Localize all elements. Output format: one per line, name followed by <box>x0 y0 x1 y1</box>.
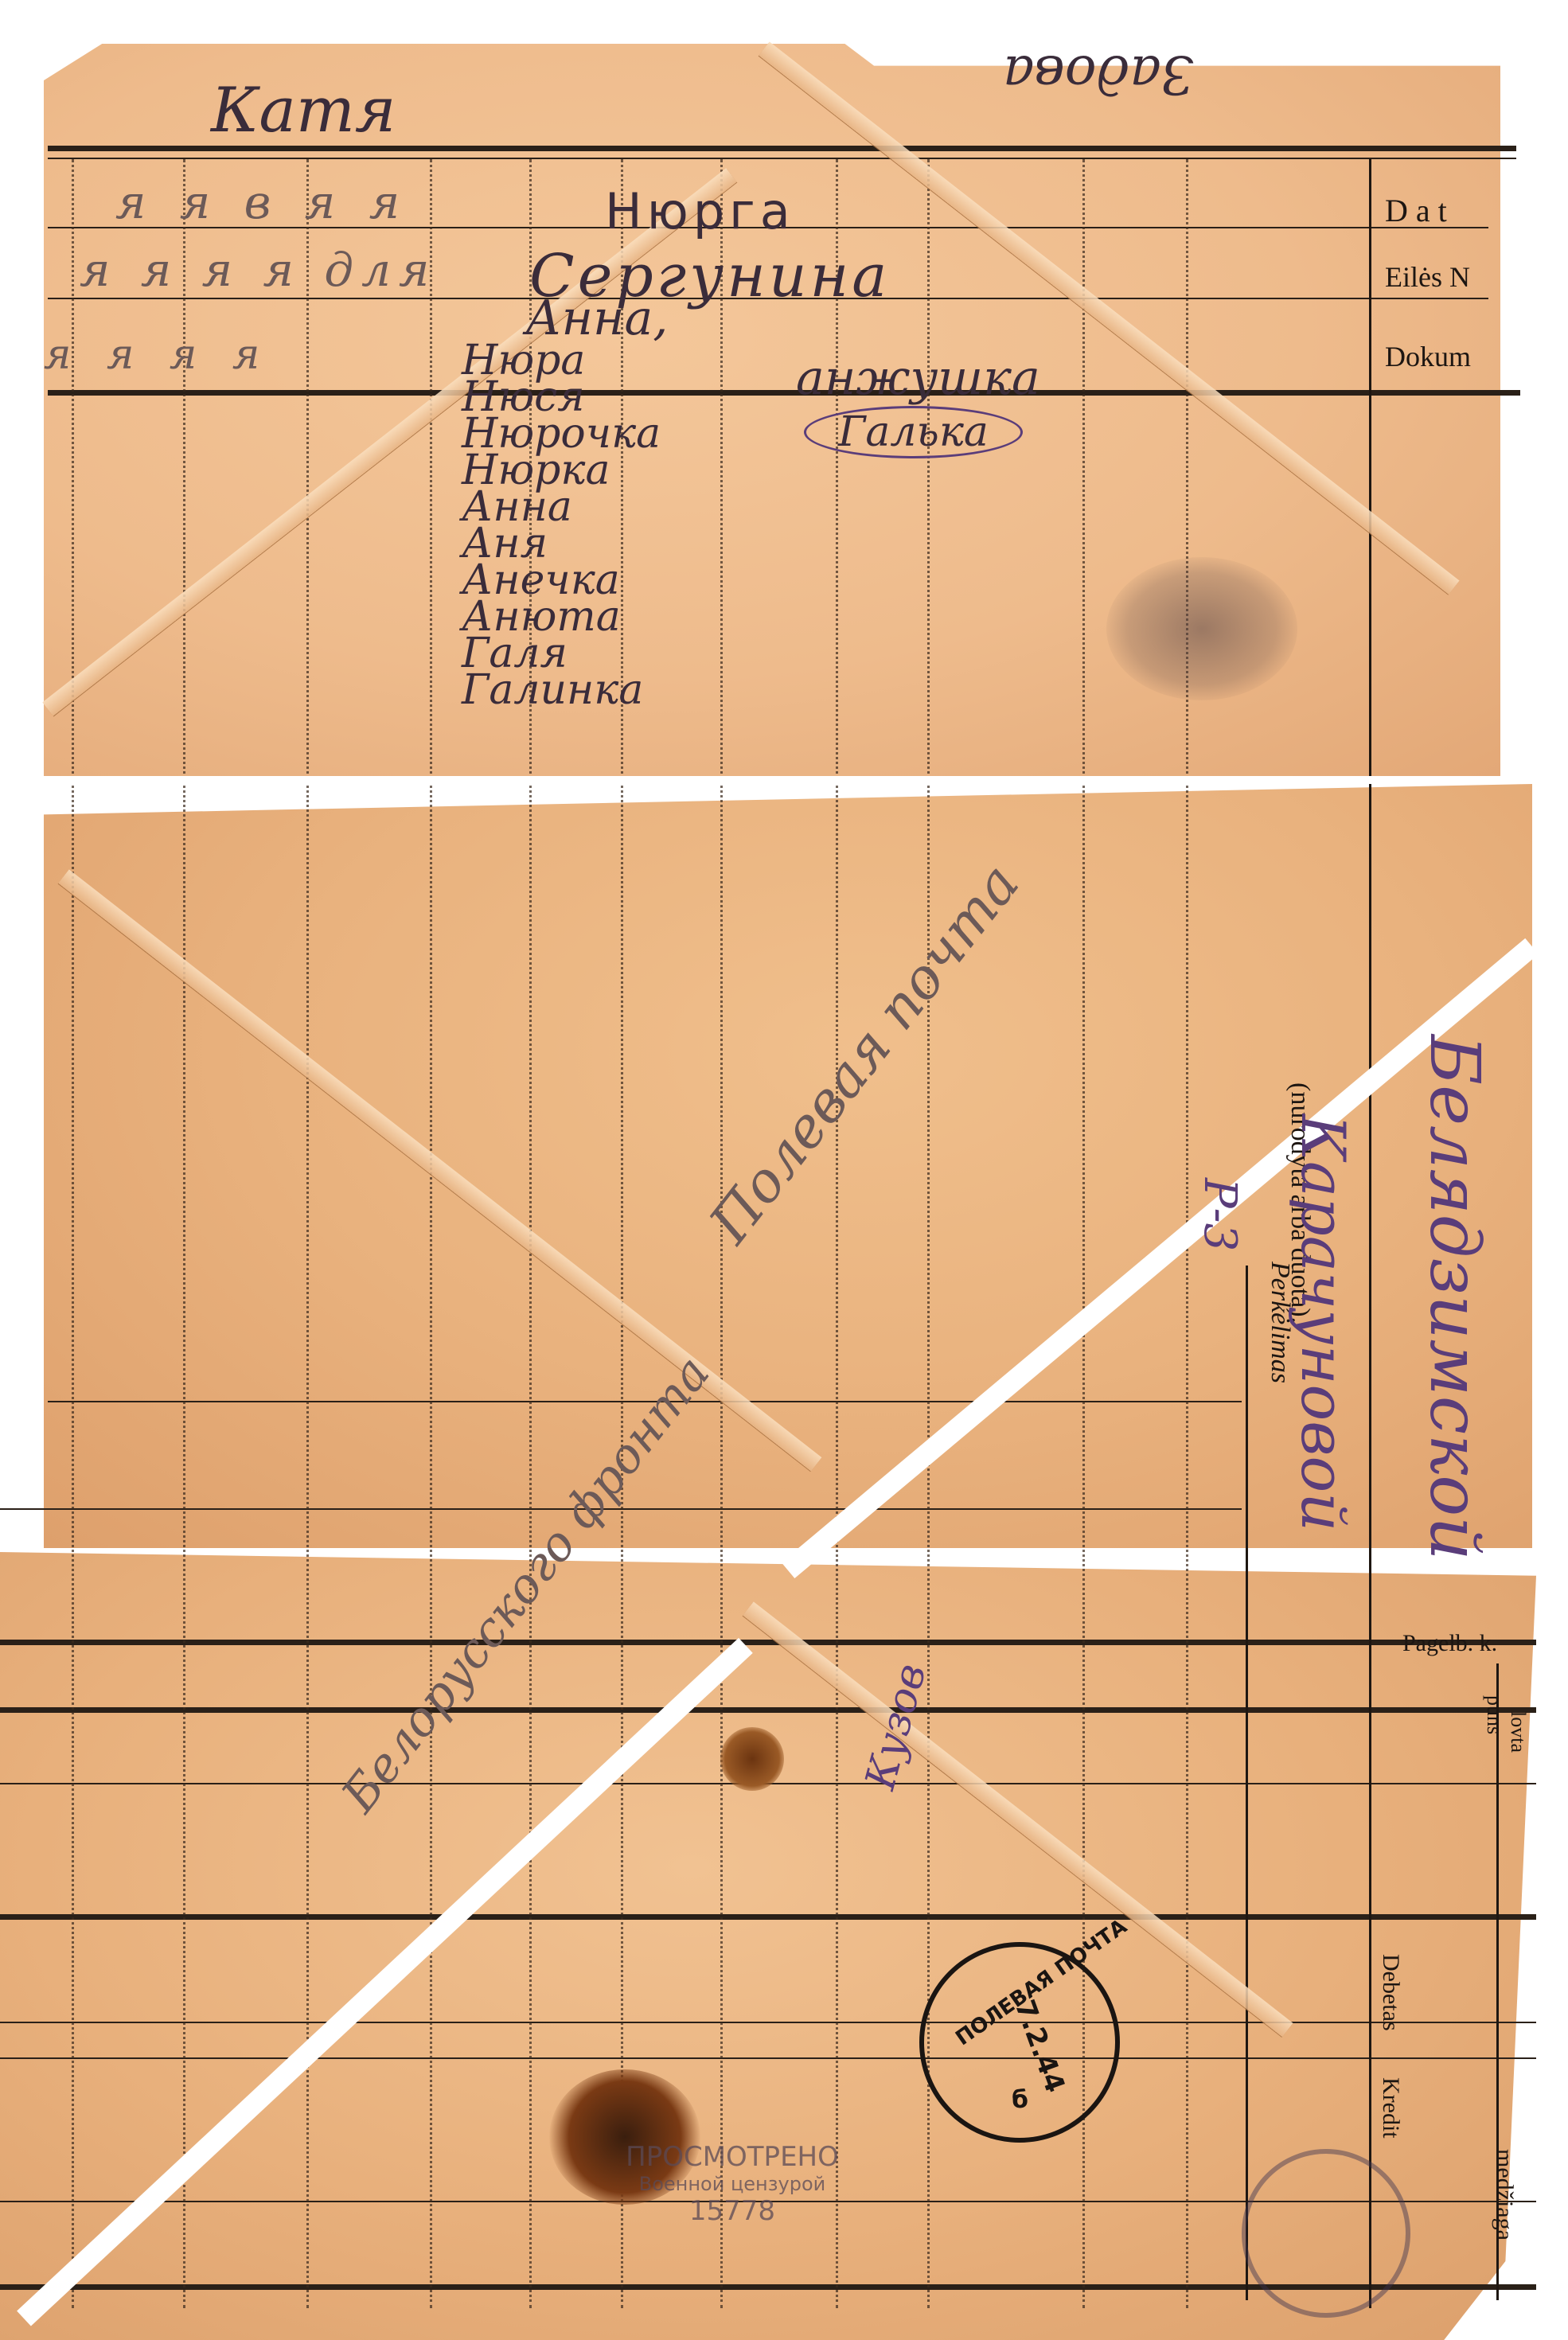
secondary-postmark <box>1242 2149 1410 2318</box>
annotation-name: Анна, <box>525 294 668 342</box>
ledger-rule <box>0 1707 1536 1713</box>
practice-letters: я я я я <box>44 334 271 376</box>
practice-letters: я я в я я <box>115 179 409 225</box>
form-label-debit: Debetas <box>1379 1954 1402 2031</box>
pencil-scribble <box>1106 557 1297 700</box>
form-label-credit: Kredit <box>1379 2077 1402 2139</box>
nickname: анжушка <box>796 354 1040 402</box>
upside-down-name: Задова <box>1003 48 1194 100</box>
recipient-title: Катя <box>211 80 396 142</box>
form-label-misc: puns <box>1484 1695 1504 1734</box>
postmark-bottom: б <box>1012 2086 1028 2114</box>
ink-stain <box>720 1727 784 1791</box>
name-variant: Галинка <box>462 672 661 708</box>
ledger-rule <box>0 2022 1536 2023</box>
ledger-column <box>72 159 74 2308</box>
censor-stamp: ПРОСМОТРЕНО Военной цензурой 15778 <box>565 2141 899 2227</box>
form-label-document: Dokum <box>1385 342 1471 371</box>
nickname-circled: Галька <box>804 406 1023 458</box>
censor-number: 15778 <box>565 2195 899 2227</box>
address-line-2: Карачуновой <box>1293 1114 1353 1531</box>
ledger-divider <box>1369 159 1371 2308</box>
header-name: Нюрга <box>605 187 795 236</box>
postmark-date: 7.2.44 <box>1008 1996 1071 2097</box>
address-line-1: Белядзимской <box>1420 1035 1488 1561</box>
ledger-column <box>306 159 309 2308</box>
ledger-divider <box>1246 1266 1248 2300</box>
censor-line-1: ПРОСМОТРЕНО <box>565 2141 899 2173</box>
ledger-column <box>430 159 432 2308</box>
form-label-material: medžiaga <box>1492 2149 1516 2241</box>
form-label-date: Dat <box>1385 195 1455 227</box>
ledger-rule <box>48 158 1516 159</box>
ledger-rule <box>0 1640 1536 1645</box>
ledger-rule <box>48 390 1520 396</box>
ledger-rule <box>48 146 1516 151</box>
form-label-assistant: Pagelb. k. <box>1402 1632 1497 1656</box>
letter-sheet: Dat Eilės N Dokum (nurodyta arba duota).… <box>0 0 1568 2340</box>
ledger-column <box>183 159 185 2308</box>
ledger-rule <box>0 1914 1536 1920</box>
ledger-column <box>836 159 838 2308</box>
name-variants-list: Нюра Нюся Нюрочка Нюрка Анна Аня Анечка … <box>462 342 661 708</box>
ledger-rule <box>0 2057 1536 2059</box>
address-line-3: Р-3 <box>1197 1178 1242 1251</box>
form-label-misc: lovta <box>1508 1711 1528 1753</box>
censor-line-2: Военной цензурой <box>565 2173 899 2195</box>
postmark-stamp: ПОЛЕВАЯ ПОЧТА 7.2.44 б <box>919 1942 1120 2143</box>
practice-letters: я я я я для <box>80 247 437 293</box>
ledger-column <box>927 159 930 2308</box>
torn-gap <box>0 776 1568 784</box>
form-label-entry-no: Eilės N <box>1385 263 1470 291</box>
